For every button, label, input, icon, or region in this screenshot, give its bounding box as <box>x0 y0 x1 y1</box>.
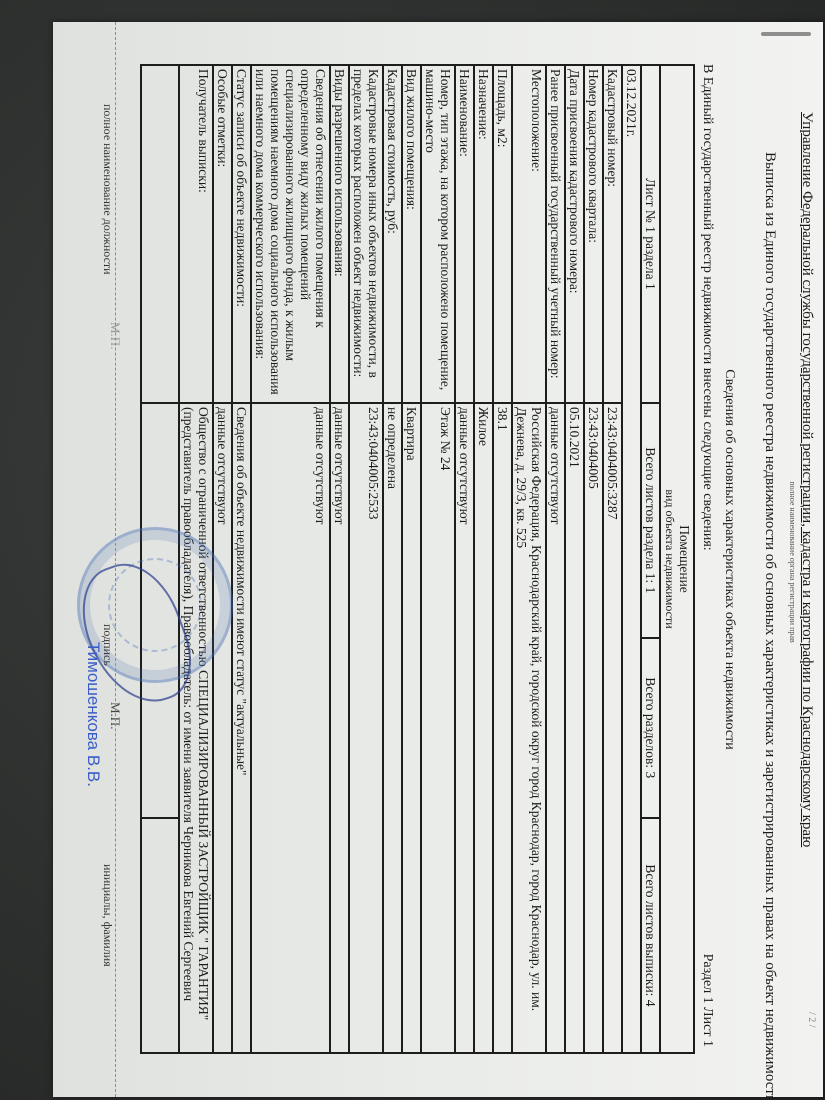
row-label: Сведения об отнесении жилого помещения к… <box>251 65 330 403</box>
row-label: Виды разрешенного использования: <box>330 65 349 403</box>
row-value: 38.1 <box>493 403 512 1053</box>
bottom-margin-strip <box>53 22 116 1097</box>
table-row: Местоположение:Российская Федерация, Кра… <box>512 65 546 1053</box>
table-row: Кадастровые номера иных объектов недвижи… <box>349 65 383 1053</box>
table-row: Назначение:Жилое <box>474 65 493 1053</box>
row-label: Назначение: <box>474 65 493 403</box>
table-row: Дата присвоения кадастрового номера:05.1… <box>565 65 584 1053</box>
object-type: Помещение <box>677 69 692 1049</box>
table-row: Площадь, м2:38.1 <box>493 65 512 1053</box>
organization-name: Управление Федеральной службы государств… <box>798 112 815 1012</box>
signature-name-cell <box>141 818 179 1053</box>
row-label: Площадь, м2: <box>493 65 512 403</box>
document-title: Выписка из Единого государственного реес… <box>761 112 778 1012</box>
row-label: Вид жилого помещения: <box>402 65 421 403</box>
table-row: Номер, тип этажа, на котором расположено… <box>421 65 455 1053</box>
row-value: данные отсутствуют <box>455 403 474 1053</box>
row-value: Квартира <box>402 403 421 1053</box>
date-row: 03.12.2021г. <box>622 65 641 1053</box>
table-row: Наименование:данные отсутствуют <box>455 65 474 1053</box>
table-row: Статус записи об объекте недвижимости:Св… <box>232 65 251 1053</box>
characteristics-table: Помещение вид объекта недвижимости Лист … <box>140 64 695 1054</box>
row-value: не определена <box>383 403 402 1053</box>
row-value: данные отсутствуют <box>330 403 349 1053</box>
organization-caption: полное наименование органа регистрации п… <box>788 112 797 1012</box>
row-value: Общество с ограниченной ответственностью… <box>179 403 213 1053</box>
page-corner-mark: / 2 / <box>806 1012 817 1028</box>
row-label: Особые отметки: <box>213 65 232 403</box>
row-value: данные отсутствуют <box>546 403 565 1053</box>
table-row: Сведения об отнесении жилого помещения к… <box>251 65 330 1053</box>
row-label: Статус записи об объекте недвижимости: <box>232 65 251 403</box>
section-title: Сведения об основных характеристиках объ… <box>721 22 737 1097</box>
object-type-caption: вид объекта недвижимости <box>662 69 677 1049</box>
signature-position-cell <box>141 65 179 403</box>
row-label: Номер кадастрового квартала: <box>584 65 603 403</box>
sections-total: Всего разделов: 3 <box>641 638 660 818</box>
table-row: Номер кадастрового квартала:23:43:040400… <box>584 65 603 1053</box>
row-value: Сведения об объекте недвижимости имеют с… <box>232 403 251 1053</box>
row-label: Кадастровая стоимость, руб: <box>383 65 402 403</box>
row-value: 23:43:0404005:3287 <box>603 403 622 1053</box>
sheets-in-section: Всего листов раздела 1: 1 <box>641 403 660 638</box>
row-value: данные отсутствуют <box>251 403 330 1053</box>
row-value: Этаж № 24 <box>421 403 455 1053</box>
row-label: Кадастровые номера иных объектов недвижи… <box>349 65 383 403</box>
sheets-total: Всего листов выписки: 4 <box>641 818 660 1053</box>
row-label: Местоположение: <box>512 65 546 403</box>
table-row: Кадастровая стоимость, руб:не определена <box>383 65 402 1053</box>
extract-date: 03.12.2021г. <box>622 65 641 1053</box>
table-row: Виды разрешенного использования:данные о… <box>330 65 349 1053</box>
document-header: Управление Федеральной службы государств… <box>761 112 815 1012</box>
row-label: Получатель выписки: <box>179 65 213 403</box>
section-reference: Раздел 1 Лист 1 <box>699 954 715 1047</box>
row-value: данные отсутствуют <box>213 403 232 1053</box>
row-label: Дата присвоения кадастрового номера: <box>565 65 584 403</box>
intro-text: В Единый государственный реестр недвижим… <box>699 64 715 551</box>
row-label: Кадастровый номер: <box>603 65 622 403</box>
row-value: 05.10.2021 <box>565 403 584 1053</box>
object-type-row: Помещение вид объекта недвижимости <box>660 65 694 1053</box>
object-type-cell: Помещение вид объекта недвижимости <box>660 65 694 1053</box>
row-label: Номер, тип этажа, на котором расположено… <box>421 65 455 403</box>
table-row: Кадастровый номер:23:43:0404005:3287 <box>603 65 622 1053</box>
sheet-info-row: Лист № 1 раздела 1 Всего листов раздела … <box>641 65 660 1053</box>
table-row: Ранее присвоенный государственный учетны… <box>546 65 565 1053</box>
staple <box>761 32 811 36</box>
row-value: Жилое <box>474 403 493 1053</box>
sheet-number: Лист № 1 раздела 1 <box>641 65 660 403</box>
row-value: Российская Федерация, Краснодарский край… <box>512 403 546 1053</box>
table-row: Вид жилого помещения:Квартира <box>402 65 421 1053</box>
row-value: 23:43:0404005:2533 <box>349 403 383 1053</box>
document-page: / 2 / Управление Федеральной службы госу… <box>53 22 823 1097</box>
row-value: 23:43:0404005 <box>584 403 603 1053</box>
row-label: Наименование: <box>455 65 474 403</box>
row-label: Ранее присвоенный государственный учетны… <box>546 65 565 403</box>
